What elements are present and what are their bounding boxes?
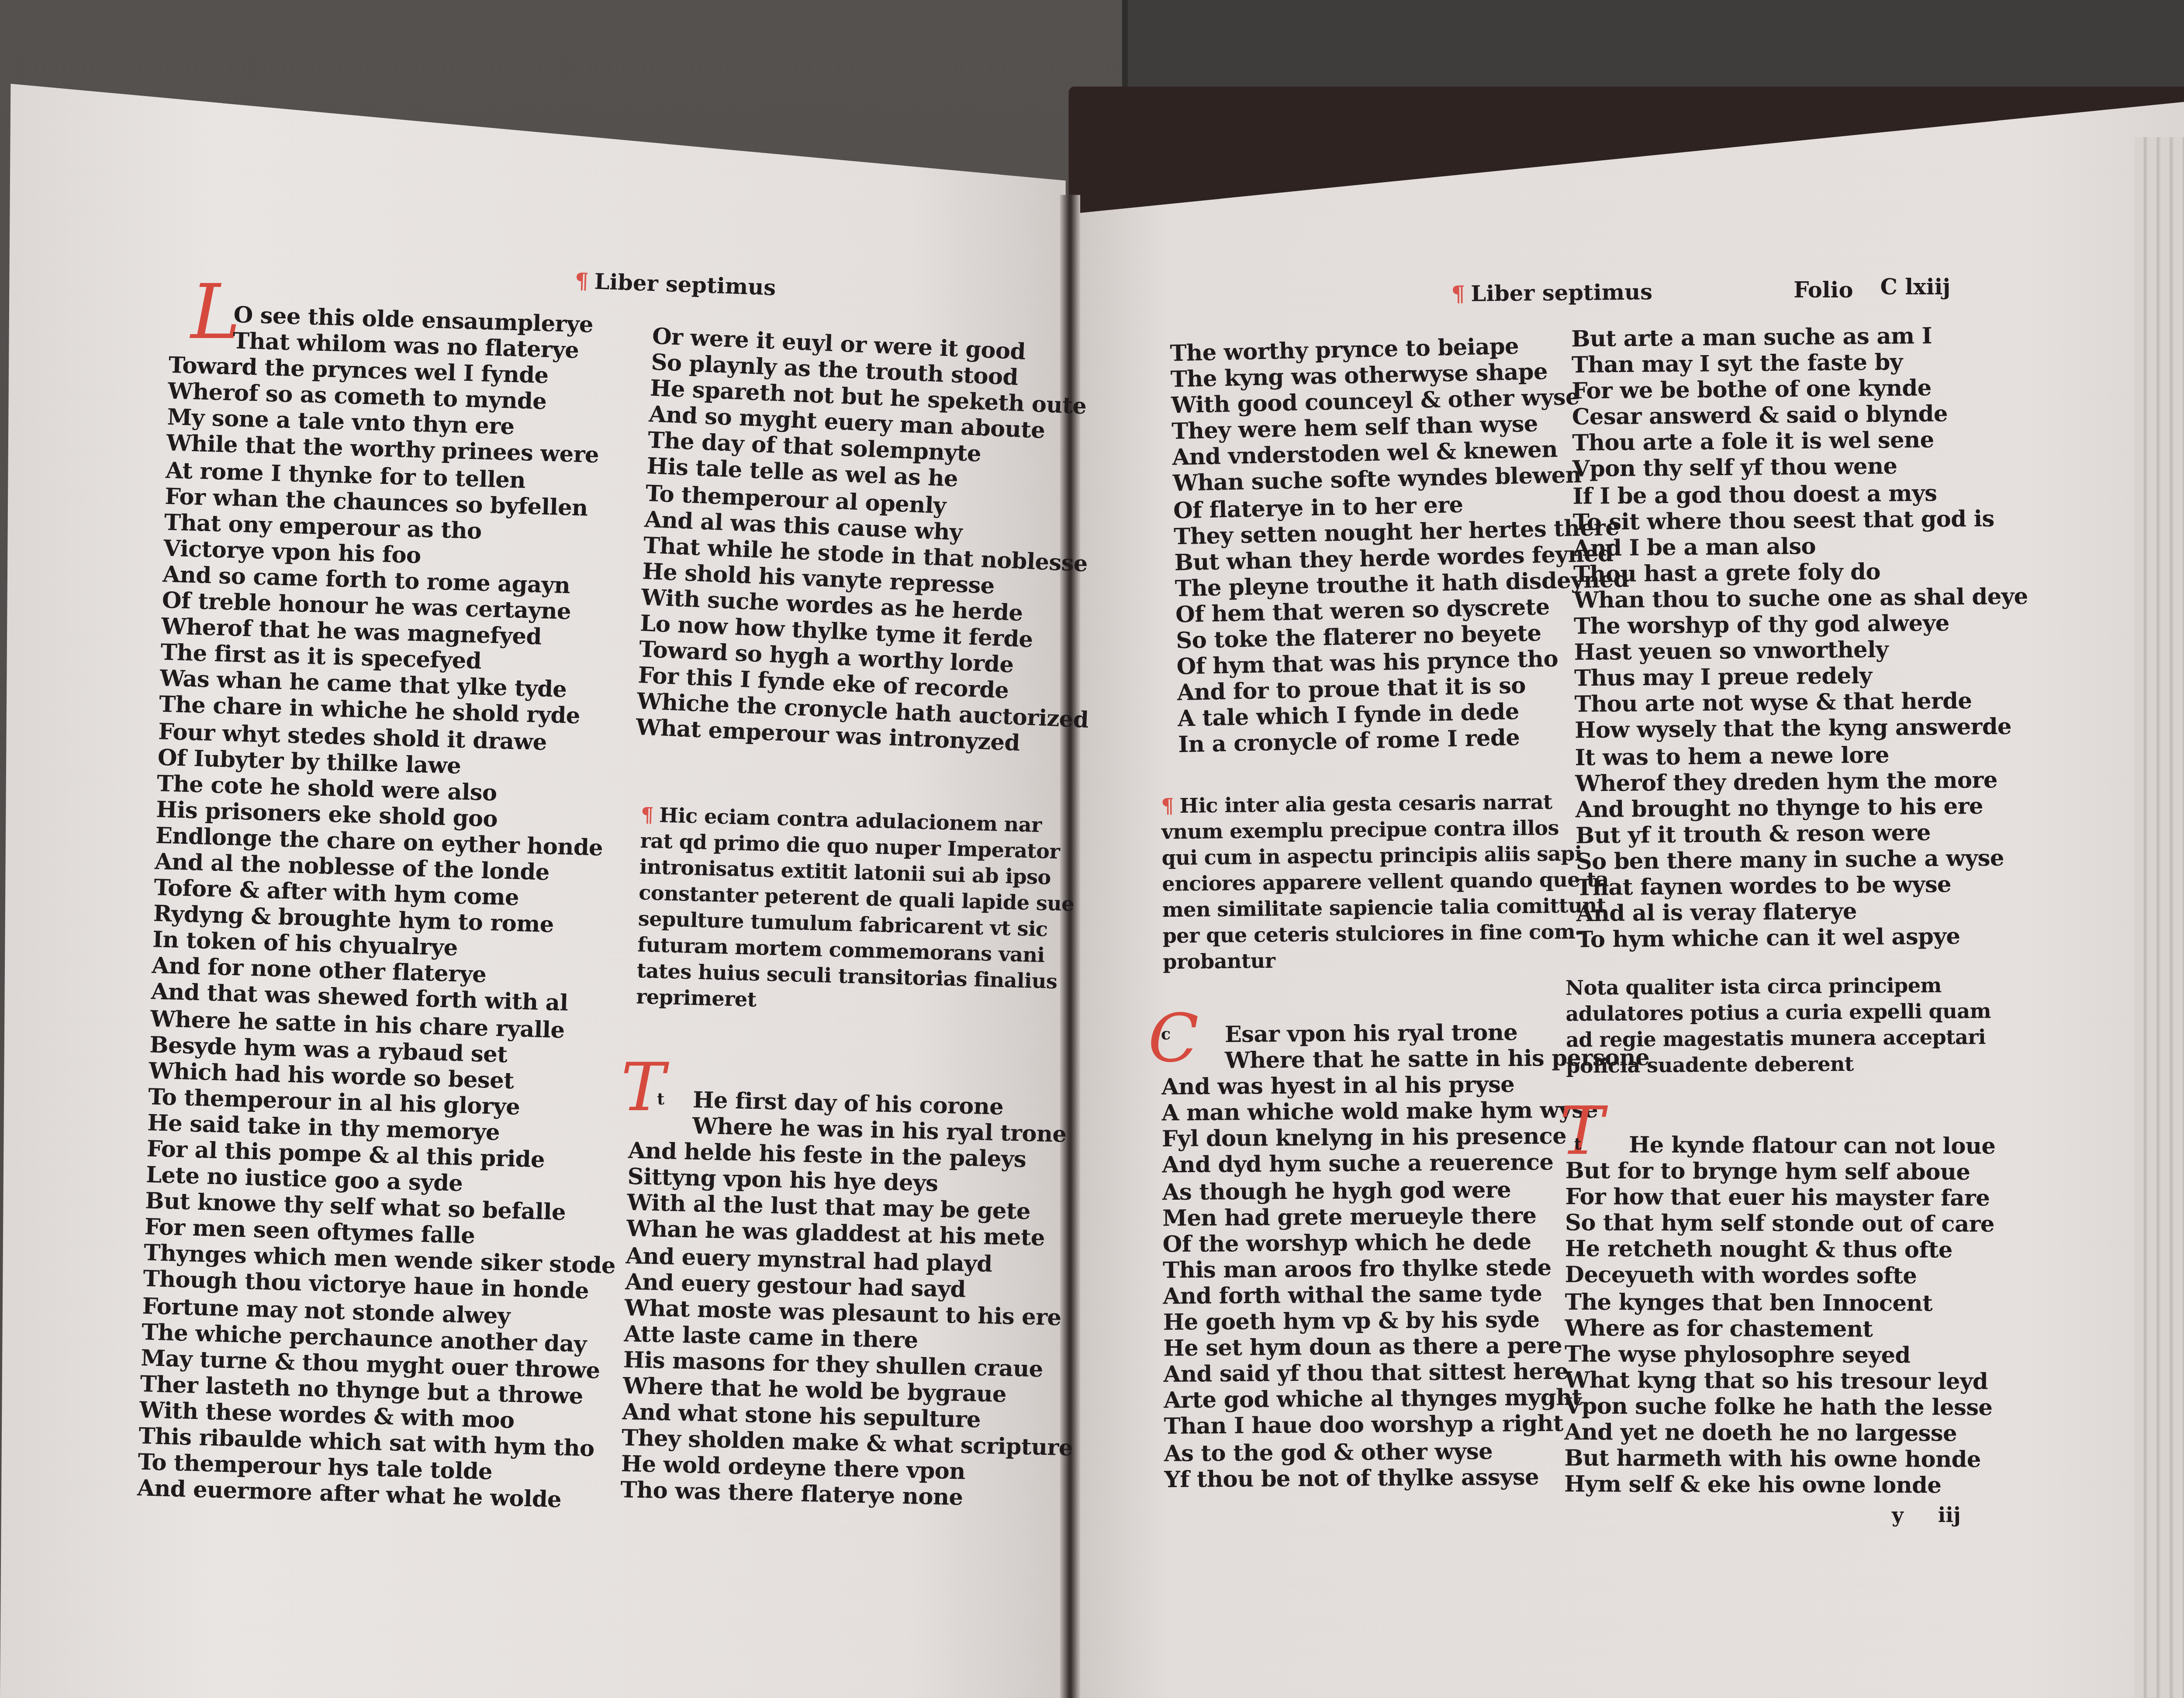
text-line: To sit where thou seest that god is — [1573, 505, 2028, 535]
text-line: The kynges that ben Innocent — [1565, 1289, 1995, 1316]
text-line: Deceyueth with wordes softe — [1565, 1263, 1995, 1290]
text-line: And al is veray flaterye — [1576, 897, 2031, 927]
page-fore-edge — [2134, 137, 2184, 1698]
text-line: So ben there many in suche a wyse — [1576, 845, 2030, 875]
text-line: To hym whiche can it wel aspye — [1576, 923, 2031, 953]
text-line: Vpon thy self yf thou wene — [1572, 453, 2027, 483]
folio-label: Folio — [1794, 277, 1853, 304]
text-line: per que ceteris stulciores in fine com- — [1162, 919, 1609, 950]
left-column-2-verse-2: He first day of his coroneWhere he was i… — [620, 1086, 1081, 1514]
text-line: ¶Hic inter alia gesta cesaris narrat — [1161, 790, 1608, 820]
text-line: Hast yeuen so vnworthely — [1574, 636, 2028, 666]
text-line: But arte a man suche as am I — [1571, 322, 2026, 352]
text-line: What kyng that so his tresour leyd — [1565, 1367, 1995, 1394]
signature-number: iij — [1938, 1505, 1961, 1528]
text-line: Than may I syt the faste by — [1572, 349, 2026, 379]
text-line: The wyse phylosophre seyed — [1565, 1341, 1995, 1369]
text-line: adulatores potius a curia expelli quam — [1565, 999, 1991, 1028]
text-line: So that hym self stonde out of care — [1565, 1210, 1995, 1238]
text-line: And brought no thynge to his ere — [1575, 793, 2030, 823]
text-line: men similitate sapiencie talia comittunt — [1162, 894, 1609, 924]
folio-number: C lxiij — [1880, 274, 1951, 300]
text-line: vnum exemplu precipue contra illos — [1161, 815, 1608, 846]
right-column-2-verse-2: He kynde flatour can not loueBut for to … — [1564, 1132, 1996, 1499]
text-line: That faynen wordes to be wyse — [1576, 871, 2031, 901]
right-latin-gloss-1: ¶Hic inter alia gesta cesaris narratvnum… — [1161, 790, 1610, 976]
text-line: ad regie magestatis munera acceptari — [1566, 1025, 1991, 1054]
running-head-text: Liber septimus — [1471, 279, 1652, 307]
text-line: And I be a man also — [1573, 531, 2028, 562]
text-line: Vpon suche folke he hath the lesse — [1565, 1393, 1995, 1421]
text-line: How wysely that the kyng answerde — [1575, 714, 2029, 744]
left-latin-gloss: ¶Hic eciam contra adulacionem narrat qd … — [636, 803, 1076, 1022]
text-line: policia suadente deberent — [1566, 1051, 1991, 1080]
text-line: probantur — [1163, 946, 1610, 976]
right-column-2-verse-1: But arte a man suche as am IThan may I s… — [1571, 322, 2031, 953]
left-column-1-verse: O see this olde ensaumpleryeThat whilom … — [137, 300, 642, 1515]
photo-stage: ¶Liber septimus L O see this olde ensaum… — [0, 0, 2184, 1698]
pilcrow-icon: ¶ — [1161, 795, 1174, 818]
text-line: For we be bothe of one kynde — [1572, 375, 2026, 405]
text-line: Nota qualiter ista circa principem — [1565, 973, 1991, 1002]
text-line: Thou arte a fole it is wel sene — [1572, 427, 2027, 457]
pilcrow-icon: ¶ — [640, 804, 653, 828]
left-column-2-verse-1: Or were it euyl or were it goodSo playnl… — [635, 324, 1104, 760]
text-line: For how that euer his mayster fare — [1565, 1184, 1995, 1212]
text-line: qui cum in aspectu principis aliis sapi — [1161, 842, 1608, 872]
text-line: Whan thou to suche one as shal deye — [1573, 583, 2028, 614]
text-line: And yet ne doeth he no largesse — [1564, 1419, 1994, 1447]
right-latin-gloss-2: Nota qualiter ista circa principemadulat… — [1565, 973, 1991, 1080]
text-line: enciores apparere vellent quando que ta — [1162, 867, 1609, 898]
pilcrow-icon: ¶ — [574, 268, 589, 295]
text-line: Where as for chastement — [1565, 1315, 1995, 1343]
signature-letter: y — [1892, 1505, 1904, 1528]
right-column-1-verse-1: The worthy prynce to beiapeThe kyng was … — [1170, 331, 1632, 759]
text-line: He retcheth nought & thus ofte — [1565, 1236, 1995, 1264]
text-line: Hym self & eke his owne londe — [1564, 1472, 1994, 1499]
text-line: Cesar answerd & said o blynde — [1572, 401, 2027, 431]
text-line: The worshyp of thy god alweye — [1574, 610, 2028, 640]
text-line: He kynde flatour can not loue — [1565, 1132, 1996, 1160]
text-line: But harmeth with his owne honde — [1564, 1446, 1994, 1473]
pilcrow-icon: ¶ — [1451, 281, 1465, 307]
text-line: But for to brynge hym self aboue — [1565, 1158, 1995, 1186]
right-running-head: ¶Liber septimus — [1451, 279, 1652, 307]
